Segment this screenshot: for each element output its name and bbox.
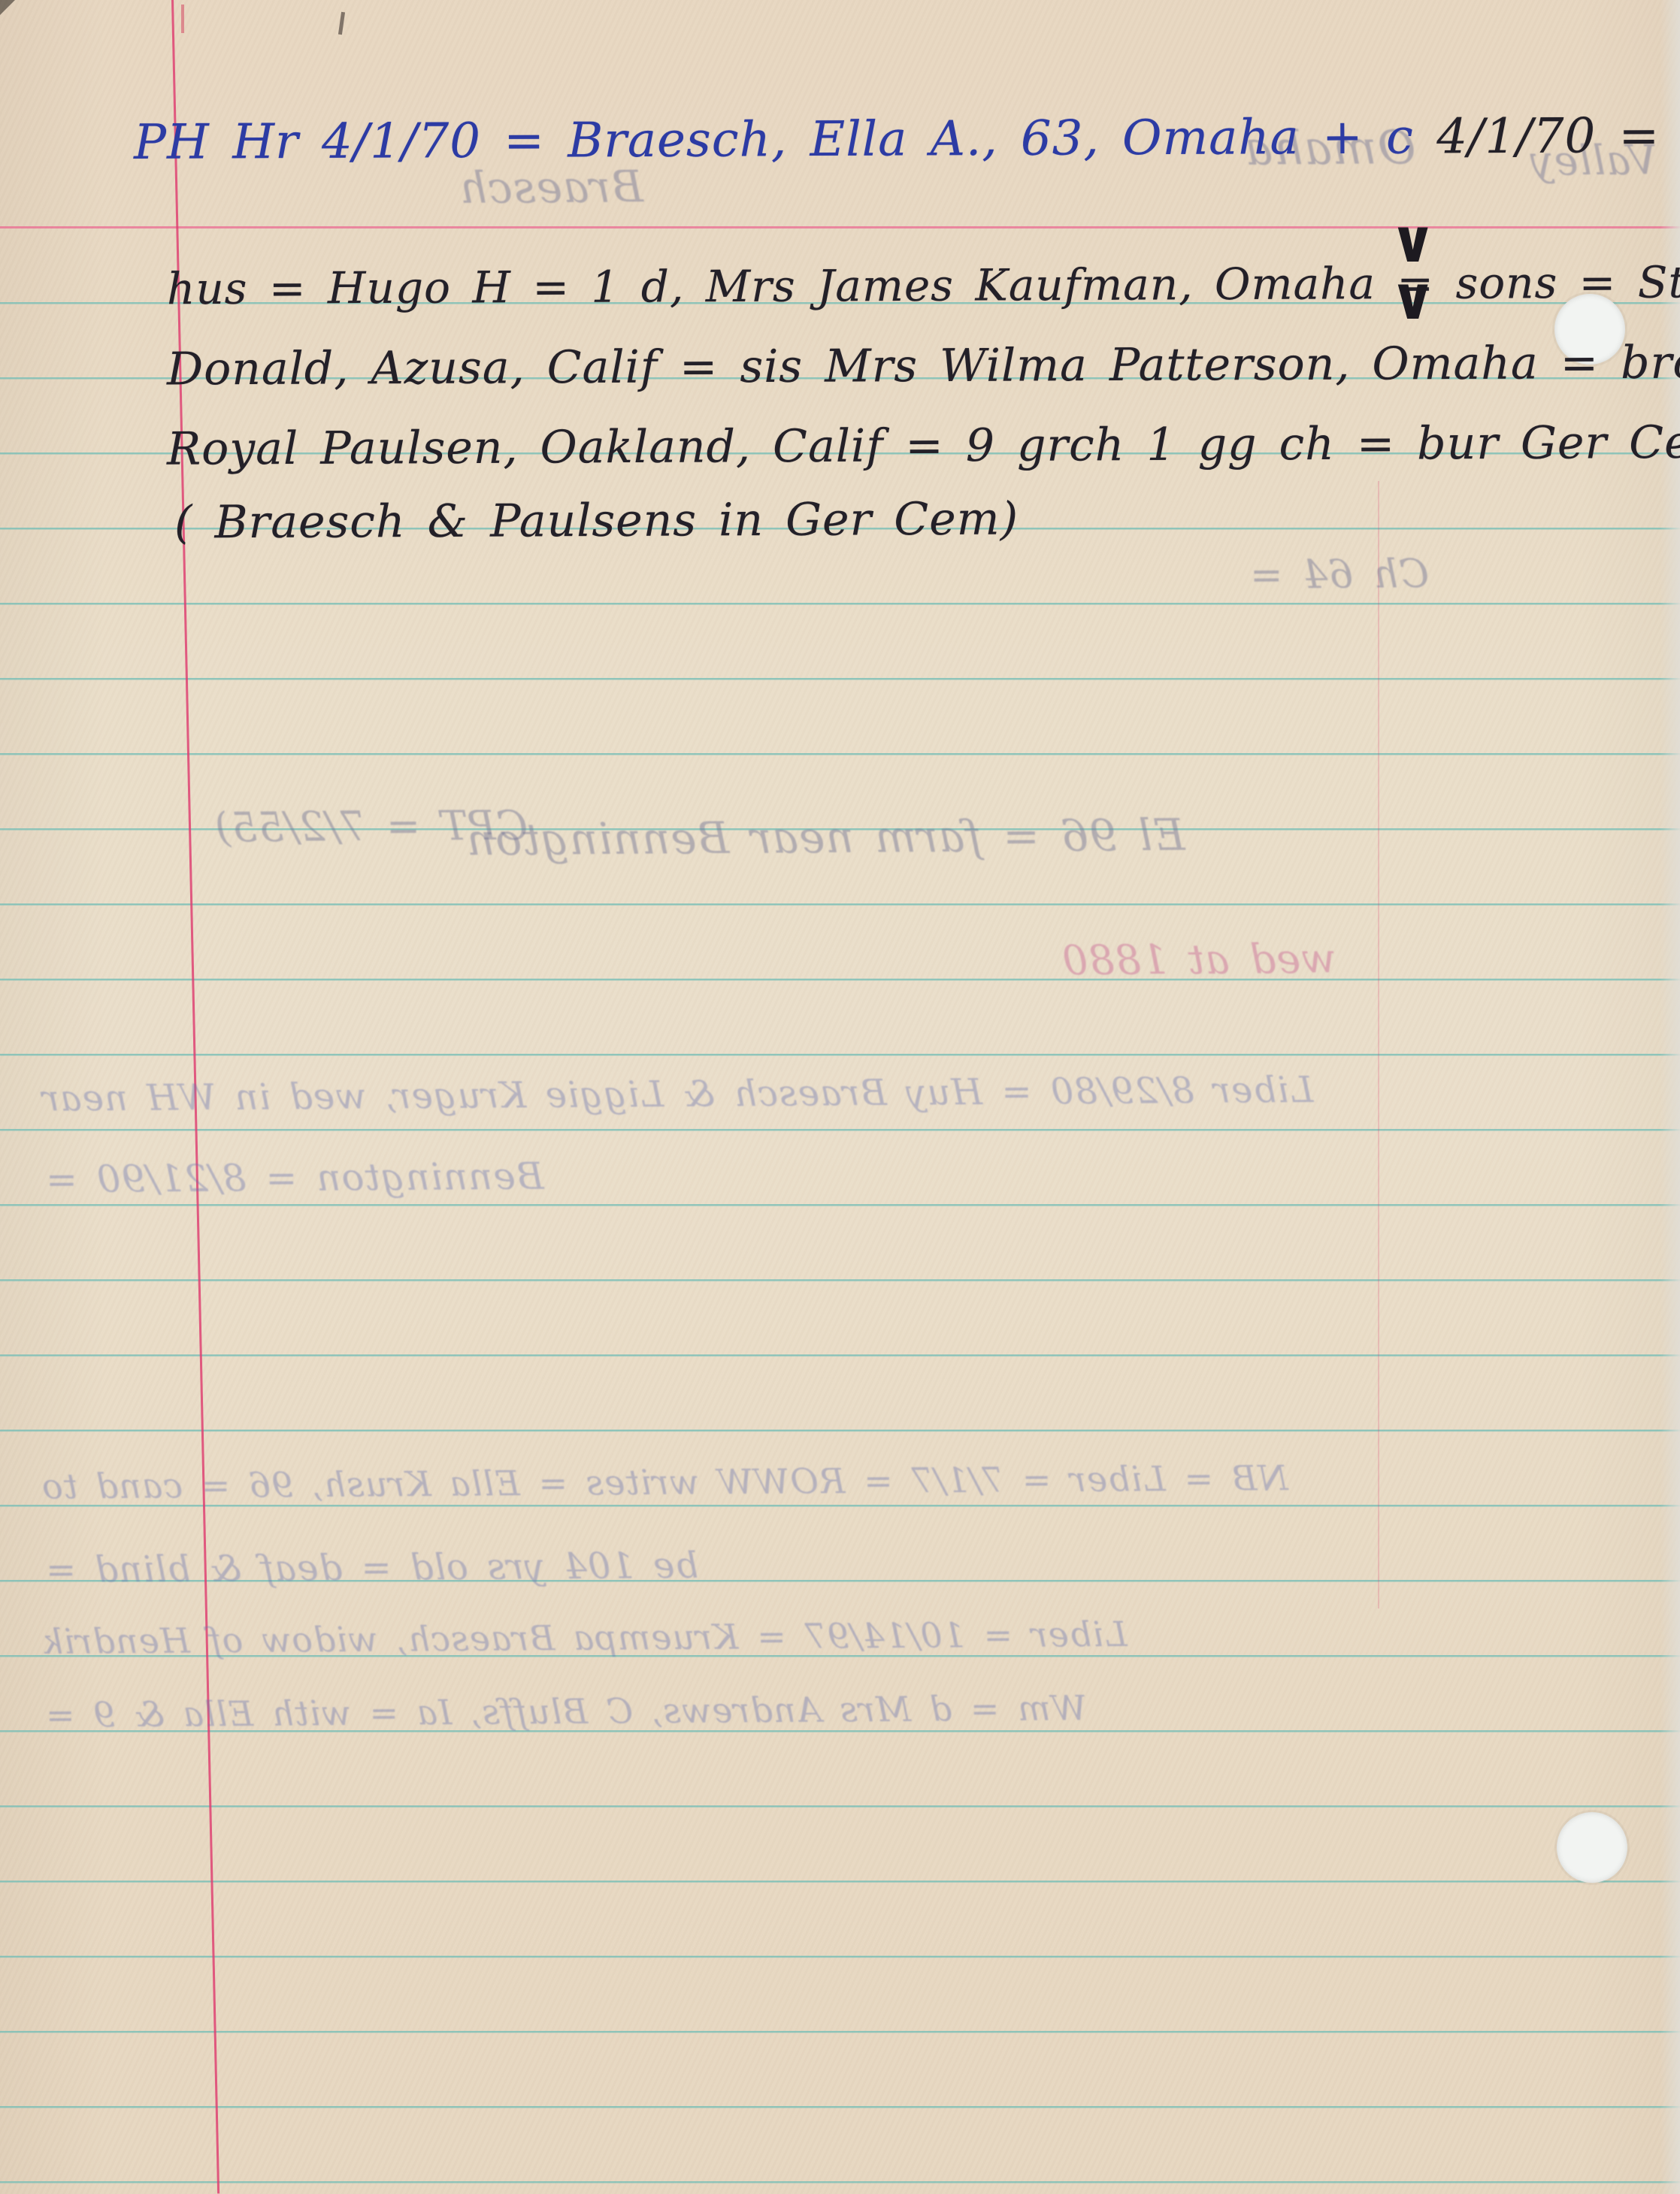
bleed-through-text: Bennington = 8/21/90 = <box>45 1154 544 1202</box>
insertion-caret-mark: ∨ <box>1389 265 1436 333</box>
bleed-through-text: Wm = d Mrs Andrews, C Bluffs, Ia = with … <box>45 1687 1087 1736</box>
entry-line-2: hus = Hugo H = 1 d, Mrs James Kaufman, O… <box>167 256 1680 314</box>
entry-line-5: ( Braesch & Paulsens in Ger Cem) <box>174 493 1019 549</box>
bleed-through-text: Liber 8/29/80 = Huy Braesch & Liggie Kru… <box>41 1069 1314 1120</box>
scanned-ledger-page: OmahaValleyBraeschCh 64 =El 96 = farm ne… <box>0 0 1680 2194</box>
bleed-through-text: CPT = 7/2/55) <box>214 802 528 852</box>
scan-edge <box>1660 0 1680 2194</box>
bleed-through-text: NB = Liber = 7/1/7 = ROWW writes = Ella … <box>41 1457 1288 1507</box>
corner-speck <box>0 0 15 15</box>
bleed-through-text: Liber = 10/14/97 = Kruempa Braesch, wido… <box>41 1614 1128 1662</box>
bleed-margin-line <box>1378 481 1379 1608</box>
entry-line-3: Donald, Azusa, Calif = sis Mrs Wilma Pat… <box>167 337 1680 396</box>
bleed-through-text: be 104 yrs old = deaf & blind = <box>45 1545 699 1591</box>
bleed-through-text: Ch 64 = <box>1249 552 1429 598</box>
bleed-through-text: wed at 1880 <box>1061 935 1336 985</box>
entry-line-1-dark-segment: 4/1/70 = sur by <box>1436 107 1680 165</box>
red-tick <box>181 5 184 33</box>
entry-line-1-blue-segment: PH Hr 4/1/70 = Braesch, Ella A., 63, Oma… <box>134 109 1437 171</box>
punch-hole-bottom <box>1557 1812 1627 1883</box>
entry-line-4: Royal Paulsen, Oakland, Calif = 9 grch 1… <box>167 416 1680 475</box>
bleed-through-text: El 96 = farm near Bennington <box>466 810 1185 866</box>
entry-line-1: PH Hr 4/1/70 = Braesch, Ella A., 63, Oma… <box>134 107 1680 171</box>
